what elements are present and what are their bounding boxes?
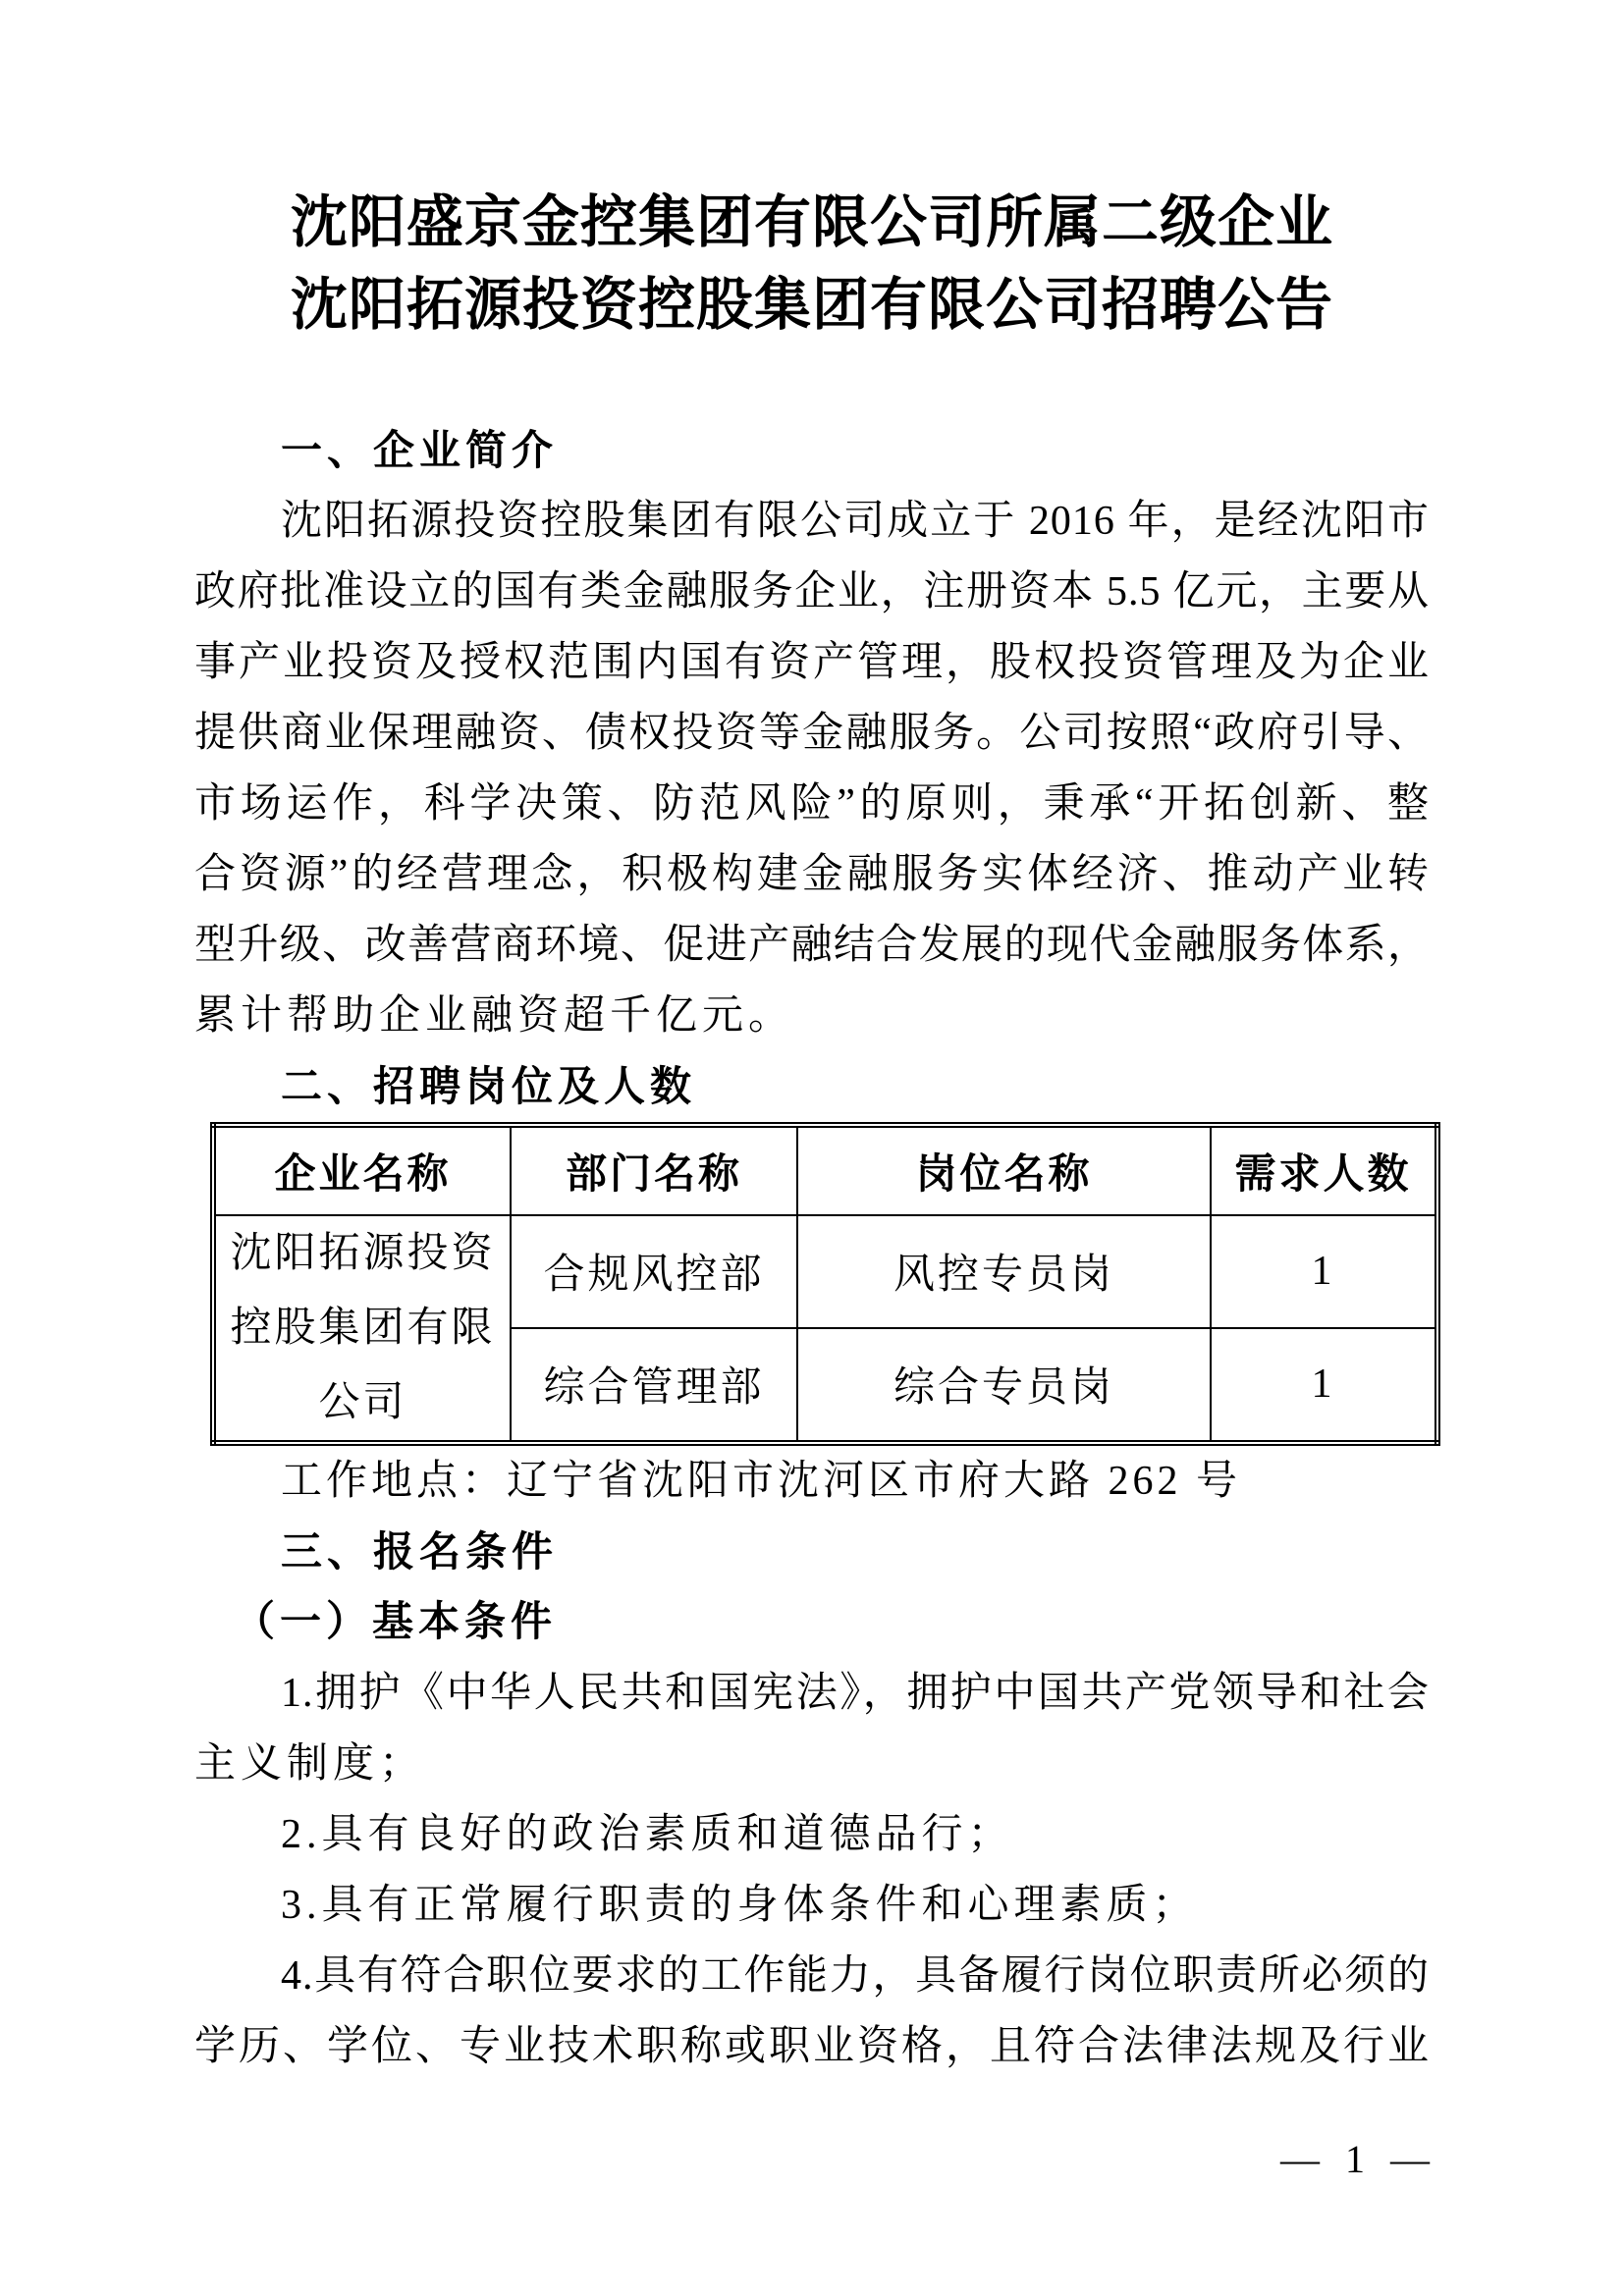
company-name-line: 控股集团有限 (216, 1291, 510, 1365)
paragraph-line: 型升级、改善营商环境、促进产融结合发展的现代金融服务体系， (194, 910, 1430, 981)
subsection-heading-basic-conditions: （一）基本条件 (194, 1587, 1430, 1658)
requirement-line: 3.具有正常履行职责的身体条件和心理素质； (194, 1870, 1430, 1941)
work-location-line: 工作地点：辽宁省沈阳市沈河区市府大路 262 号 (194, 1446, 1430, 1517)
table-header-row: 企业名称 部门名称 岗位名称 需求人数 (213, 1125, 1437, 1215)
document-title-line-1: 沈阳盛京金控集团有限公司所属二级企业 (194, 182, 1430, 264)
requirement-line: 学历、学位、专业技术职称或职业资格，且符合法律法规及行业 (194, 2011, 1430, 2082)
column-header-position: 岗位名称 (797, 1125, 1211, 1215)
column-header-headcount: 需求人数 (1211, 1125, 1437, 1215)
requirement-line: 1.拥护《中华人民共和国宪法》，拥护中国共产党领导和社会 (194, 1658, 1430, 1729)
section-heading-company-profile: 一、企业简介 (194, 415, 1430, 486)
company-name-line: 沈阳拓源投资 (216, 1216, 510, 1291)
cell-position: 综合专员岗 (797, 1328, 1211, 1443)
paragraph-line: 政府批准设立的国有类金融服务企业，注册资本 5.5 亿元，主要从 (194, 557, 1430, 627)
paragraph-line: 事产业投资及授权范围内国有资产管理，股权投资管理及为企业 (194, 627, 1430, 698)
paragraph-line: 合资源”的经营理念，积极构建金融服务实体经济、推动产业转 (194, 839, 1430, 910)
company-profile-paragraph: 沈阳拓源投资控股集团有限公司成立于 2016 年，是经沈阳市政府批准设立的国有类… (194, 486, 1430, 1051)
table-row: 沈阳拓源投资控股集团有限公司 合规风控部 风控专员岗 1 (213, 1215, 1437, 1328)
cell-department: 合规风控部 (511, 1215, 797, 1328)
paragraph-line: 累计帮助企业融资超千亿元。 (194, 981, 1430, 1051)
cell-department: 综合管理部 (511, 1328, 797, 1443)
section-heading-recruitment: 二、招聘岗位及人数 (194, 1051, 1430, 1122)
paragraph-line: 提供商业保理融资、债权投资等金融服务。公司按照“政府引导、 (194, 698, 1430, 769)
company-name-line: 公司 (216, 1365, 510, 1440)
cell-position: 风控专员岗 (797, 1215, 1211, 1328)
cell-headcount: 1 (1211, 1215, 1437, 1328)
paragraph-line: 市场运作，科学决策、防范风险”的原则，秉承“开拓创新、整 (194, 769, 1430, 839)
requirement-line: 主义制度； (194, 1729, 1430, 1799)
document-title: 沈阳盛京金控集团有限公司所属二级企业 沈阳拓源投资控股集团有限公司招聘公告 (194, 182, 1430, 347)
recruitment-positions-table: 企业名称 部门名称 岗位名称 需求人数 沈阳拓源投资控股集团有限公司 合规风控部… (210, 1122, 1440, 1446)
requirement-line: 2.具有良好的政治素质和道德品行； (194, 1799, 1430, 1870)
requirements-list: 1.拥护《中华人民共和国宪法》，拥护中国共产党领导和社会主义制度；2.具有良好的… (194, 1658, 1430, 2082)
document-page: 沈阳盛京金控集团有限公司所属二级企业 沈阳拓源投资控股集团有限公司招聘公告 一、… (194, 0, 1430, 2082)
section-heading-requirements: 三、报名条件 (194, 1517, 1430, 1587)
column-header-company: 企业名称 (213, 1125, 511, 1215)
page-number: — 1 — (1280, 2136, 1437, 2182)
cell-company-name: 沈阳拓源投资控股集团有限公司 (213, 1215, 511, 1443)
column-header-department: 部门名称 (511, 1125, 797, 1215)
paragraph-line: 沈阳拓源投资控股集团有限公司成立于 2016 年，是经沈阳市 (194, 486, 1430, 557)
requirement-line: 4.具有符合职位要求的工作能力，具备履行岗位职责所必须的 (194, 1941, 1430, 2011)
cell-headcount: 1 (1211, 1328, 1437, 1443)
document-title-line-2: 沈阳拓源投资控股集团有限公司招聘公告 (194, 264, 1430, 347)
